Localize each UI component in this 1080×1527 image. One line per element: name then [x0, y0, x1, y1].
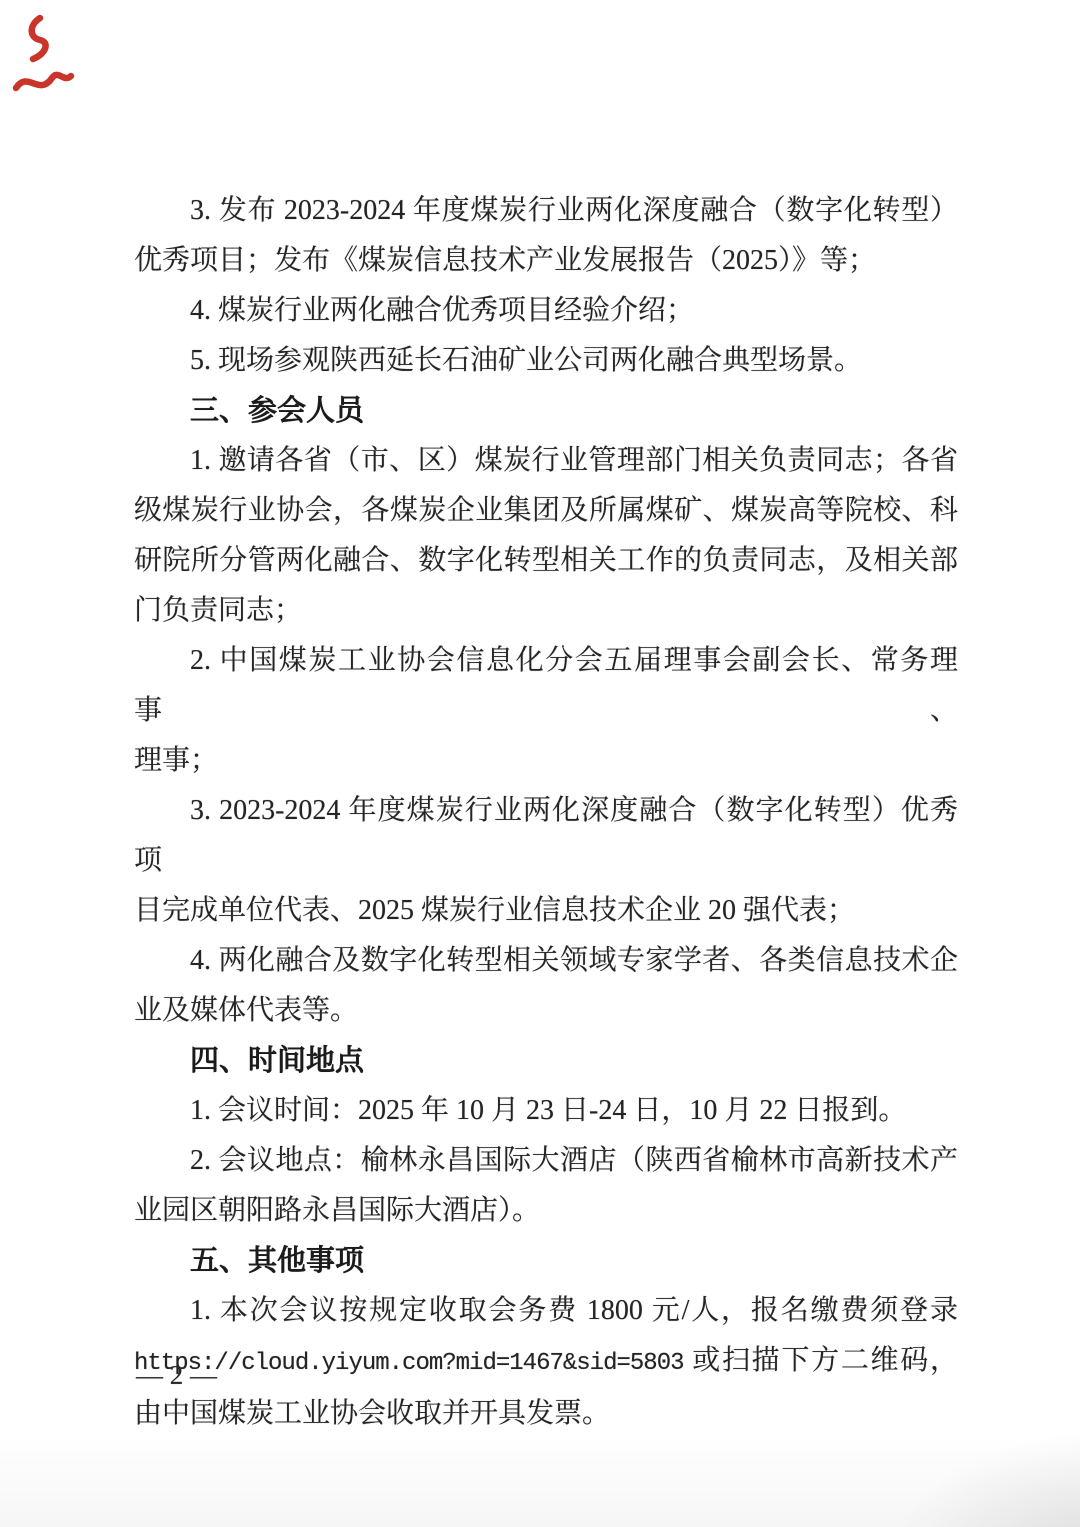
paragraph: 4. 两化融合及数字化转型相关领域专家学者、各类信息技术企业及媒体代表等。 [134, 936, 958, 1036]
text-run: 2. 会议地点：榆林永昌国际大酒店（陕西省榆林市高新技术产 [190, 1145, 958, 1176]
text-run: 3. 发布 2023-2024 年度煤炭行业两化深度融合（数字化转型） [190, 195, 958, 226]
text-line: 1. 邀请各省（市、区）煤炭行业管理部门相关负责同志；各省 [134, 436, 958, 486]
paragraph: 4. 煤炭行业两化融合优秀项目经验介绍； [134, 286, 958, 336]
text-line: 业园区朝阳路永昌国际大酒店）。 [134, 1186, 958, 1236]
text-run: 三、参会人员 [190, 395, 364, 427]
text-line: https://cloud.yiyum.com?mid=1467&sid=580… [134, 1336, 958, 1389]
paragraph: 2. 会议地点：榆林永昌国际大酒店（陕西省榆林市高新技术产业园区朝阳路永昌国际大… [134, 1136, 958, 1236]
text-line: 级煤炭行业协会，各煤炭企业集团及所属煤矿、煤炭高等院校、科 [134, 486, 958, 536]
text-line: 业及媒体代表等。 [134, 986, 958, 1036]
text-line: 1. 会议时间：2025 年 10 月 23 日-24 日，10 月 22 日报… [134, 1086, 958, 1136]
text-run: 3. 2023-2024 年度煤炭行业两化深度融合（数字化转型）优秀项 [134, 795, 958, 876]
paragraph: 2. 中国煤炭工业协会信息化分会五届理事会副会长、常务理事、理事； [134, 636, 958, 786]
text-run: 2. 中国煤炭工业协会信息化分会五届理事会副会长、常务理事、 [134, 645, 958, 726]
text-run: 四、时间地点 [190, 1045, 364, 1077]
text-line: 1. 本次会议按规定收取会务费 1800 元/人，报名缴费须登录 [134, 1286, 958, 1336]
paragraph: 1. 会议时间：2025 年 10 月 23 日-24 日，10 月 22 日报… [134, 1086, 958, 1136]
text-line: 四、时间地点 [134, 1036, 958, 1086]
text-run: 由中国煤炭工业协会收取并开具发票。 [134, 1398, 610, 1429]
paragraph: 1. 本次会议按规定收取会务费 1800 元/人，报名缴费须登录https://… [134, 1286, 958, 1439]
text-line: 研院所分管两化融合、数字化转型相关工作的负责同志，及相关部 [134, 536, 958, 586]
red-stroke-bottom [16, 75, 71, 88]
page-footer: — 2 — [136, 1360, 217, 1390]
text-run: 1. 邀请各省（市、区）煤炭行业管理部门相关负责同志；各省 [190, 445, 958, 476]
text-line: 3. 2023-2024 年度煤炭行业两化深度融合（数字化转型）优秀项 [134, 786, 958, 886]
text-run: 4. 两化融合及数字化转型相关领域专家学者、各类信息技术企 [190, 945, 958, 976]
text-line: 2. 中国煤炭工业协会信息化分会五届理事会副会长、常务理事、 [134, 636, 958, 736]
red-pen-marks-icon [6, 4, 86, 114]
paragraph: 3. 2023-2024 年度煤炭行业两化深度融合（数字化转型）优秀项目完成单位… [134, 786, 958, 936]
text-run: 级煤炭行业协会，各煤炭企业集团及所属煤矿、煤炭高等院校、科 [134, 495, 958, 526]
text-line: 目完成单位代表、2025 煤炭行业信息技术企业 20 强代表； [134, 886, 958, 936]
section-heading: 四、时间地点 [134, 1036, 958, 1086]
paragraph: 5. 现场参观陕西延长石油矿业公司两化融合典型场景。 [134, 336, 958, 386]
text-run: 门负责同志； [134, 595, 302, 626]
section-heading: 三、参会人员 [134, 386, 958, 436]
text-run: 目完成单位代表、2025 煤炭行业信息技术企业 20 强代表； [134, 895, 855, 926]
text-line: 理事； [134, 736, 958, 786]
text-line: 三、参会人员 [134, 386, 958, 436]
text-run: 1. 会议时间：2025 年 10 月 23 日-24 日，10 月 22 日报… [190, 1095, 906, 1126]
paragraph: 1. 邀请各省（市、区）煤炭行业管理部门相关负责同志；各省级煤炭行业协会，各煤炭… [134, 436, 958, 636]
text-run: 研院所分管两化融合、数字化转型相关工作的负责同志，及相关部 [134, 545, 958, 576]
text-line: 5. 现场参观陕西延长石油矿业公司两化融合典型场景。 [134, 336, 958, 386]
text-run: 五、其他事项 [190, 1245, 364, 1277]
text-line: 2. 会议地点：榆林永昌国际大酒店（陕西省榆林市高新技术产 [134, 1136, 958, 1186]
text-run: 业园区朝阳路永昌国际大酒店）。 [134, 1195, 540, 1226]
section-heading: 五、其他事项 [134, 1236, 958, 1286]
text-run: 4. 煤炭行业两化融合优秀项目经验介绍； [190, 295, 694, 326]
document-body: 3. 发布 2023-2024 年度煤炭行业两化深度融合（数字化转型）优秀项目；… [134, 186, 958, 1439]
text-run: 5. 现场参观陕西延长石油矿业公司两化融合典型场景。 [190, 345, 862, 376]
text-line: 五、其他事项 [134, 1236, 958, 1286]
text-line: 优秀项目；发布《煤炭信息技术产业发展报告（2025）》等； [134, 236, 958, 286]
document-page: 3. 发布 2023-2024 年度煤炭行业两化深度融合（数字化转型）优秀项目；… [0, 0, 1080, 1527]
text-line: 4. 两化融合及数字化转型相关领域专家学者、各类信息技术企 [134, 936, 958, 986]
text-run: 业及媒体代表等。 [134, 995, 358, 1026]
text-line: 门负责同志； [134, 586, 958, 636]
paragraph: 3. 发布 2023-2024 年度煤炭行业两化深度融合（数字化转型）优秀项目；… [134, 186, 958, 286]
text-run: 理事； [134, 745, 218, 776]
text-line: 由中国煤炭工业协会收取并开具发票。 [134, 1389, 958, 1439]
text-run: 优秀项目；发布《煤炭信息技术产业发展报告（2025）》等； [134, 245, 876, 276]
text-line: 3. 发布 2023-2024 年度煤炭行业两化深度融合（数字化转型） [134, 186, 958, 236]
text-run: 或扫描下方二维码， [684, 1345, 959, 1376]
text-run: 1. 本次会议按规定收取会务费 1800 元/人，报名缴费须登录 [190, 1295, 958, 1326]
text-line: 4. 煤炭行业两化融合优秀项目经验介绍； [134, 286, 958, 336]
red-stroke-top [32, 18, 46, 59]
